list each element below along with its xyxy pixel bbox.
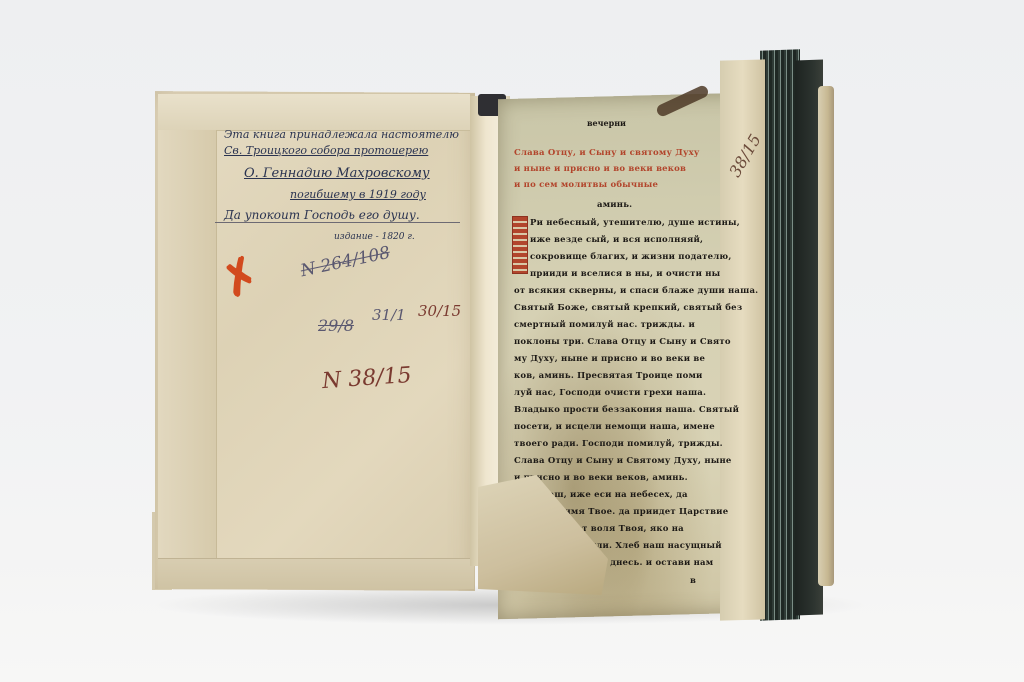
illuminated-initial [512,216,528,274]
body-line: посети, и исцели немощи наша, имене [514,422,715,432]
body-line: му Духу, ныне и присно и во веки ве [514,354,705,364]
body-line: поклоны три. Слава Отцу и Сыну и Свято [514,337,731,347]
shelf-mark-a: 29/8 [318,316,354,335]
body-line: прииди и вселися в ны, и очисти ны [530,269,720,279]
signature-mark: в [690,576,696,586]
body-line: Ри небесный, утешителю, душе истины, [530,218,740,228]
body-line: от всякия скверны, и спаси блаже души на… [514,286,758,296]
shelf-mark-c: 30/15 [418,302,461,320]
edition-note: издание - 1820 г. [334,232,415,242]
inscription-line-5: Да упокоит Господь его душу. [224,208,420,222]
inscription-line-1: Эта книга принадлежала настоятелю [224,128,459,141]
body-line: смертный помилуй нас. трижды. и [514,320,695,330]
inscription-line-4: погибшему в 1919 году [290,188,426,201]
inscription-rule [215,222,460,223]
inscription-line-3: О. Геннадию Махровскому [244,166,430,181]
body-line: Слава Отцу и Сыну и Святому Духу, ныне [514,456,732,466]
cover-paper-strip-bottom [158,558,474,589]
body-line: ков, аминь. Пресвятая Троице поми [514,371,703,381]
amen-line: аминь. [597,200,632,210]
body-line: луй нас, Господи очисти грехи наша. [514,388,706,398]
page-header: вечерни [587,118,626,128]
shelf-mark-b: 31/1 [372,306,406,324]
body-line: Святый Боже, святый крепкий, святый без [514,303,742,313]
spine-edge [818,86,834,586]
body-line: Владыко прости беззакония наша. Святый [514,405,739,415]
inscription-line-2: Св. Троицкого собора протоиерею [224,144,428,157]
page-edges [760,49,800,620]
cover-paper-strip-left [158,130,217,560]
rubric-line-1: Слава Отцу, и Сыну и святому Духу [514,148,700,158]
body-line: твоего ради. Господи помилуй, трижды. [514,439,723,449]
rubric-line-2: и ныне и присно и во веки веков [514,164,686,174]
rubric-line-3: и по сем молитвы обычные [514,180,658,190]
body-line: сокровище благих, и жизни подателю, [530,252,732,262]
body-line: иже везде сый, и вся исполняяй, [530,235,703,245]
cover-paper-strip-top [158,94,470,131]
